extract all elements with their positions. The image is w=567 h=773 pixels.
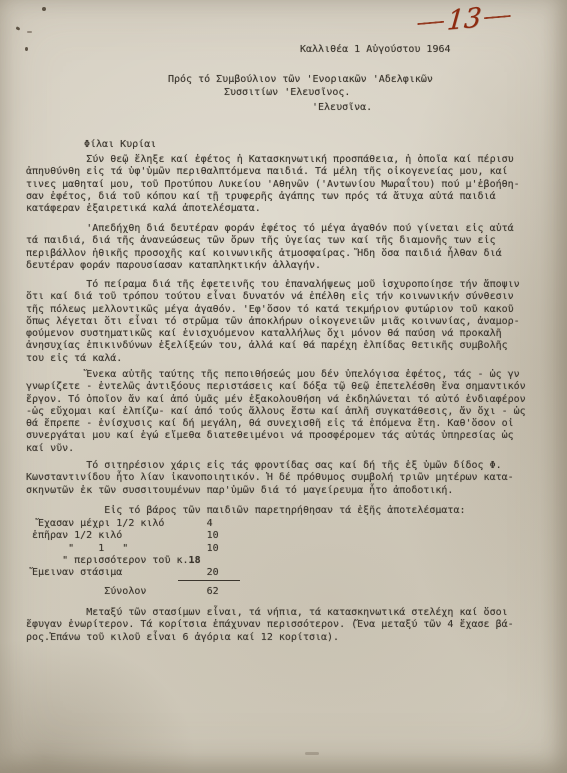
total-value: 62	[207, 586, 219, 597]
row-label: Ἔχασαν μέχρι 1/2 κιλό	[32, 518, 207, 529]
total-divider	[178, 580, 240, 581]
paper-speck	[25, 47, 28, 51]
row-label: ἐπῆραν 1/2 κιλό	[32, 530, 207, 541]
row-label: Ἔμειναν στάσιμα	[32, 567, 207, 578]
table-row: " περισσότερον τοῦ κ.18	[32, 555, 219, 567]
page-number-dash-right	[484, 14, 511, 18]
page-number-dash-left	[417, 20, 444, 24]
row-value: 10	[207, 543, 219, 554]
paper-speck	[42, 7, 46, 11]
total-row: Σύνολον 62	[32, 586, 219, 598]
row-value: 20	[207, 567, 219, 578]
paragraph-4: Ἕνεκα αὐτῆς ταύτης τῆς πεποιθήσεώς μου δ…	[26, 369, 526, 455]
document-page: 13 Καλλιθέα 1 Αὐγούστου 1964 Πρός τό Συμ…	[0, 0, 567, 773]
paragraph-3: Τό πείραμα διά τῆς ἐφετεινῆς του ἐπαναλή…	[26, 279, 520, 365]
table-row: Ἔχασαν μέχρι 1/2 κιλό 4	[32, 518, 219, 530]
addressee-line-1: Πρός τό Συμβούλιον τῶν 'Ενοριακῶν 'Αδελφ…	[168, 74, 433, 86]
table-row: " 1 " 10	[32, 543, 219, 555]
salutation: Φίλαι Κυρίαι	[84, 139, 156, 151]
weight-results-intro: Εἰς τό βάρος τῶν παιδιῶν παρετηρήθησαν τ…	[26, 505, 466, 517]
paragraph-1: Σύν θεῷ ἔληξε καί ἐφέτος ἡ Κατασκηνωτική…	[26, 154, 520, 215]
handwritten-page-number: 13	[416, 2, 512, 37]
row-value: 10	[207, 530, 219, 541]
closing-paragraph: Μεταξύ τῶν στασίμων εἶναι, τά νήπια, τά …	[26, 607, 514, 644]
row-value: 18	[189, 555, 201, 566]
row-label: " 1 "	[32, 543, 207, 554]
row-value: 4	[207, 518, 213, 529]
place-line: 'Ελευσῖνα.	[312, 102, 372, 114]
paper-speck	[27, 31, 32, 33]
weight-table: Ἔχασαν μέχρι 1/2 κιλό 4 ἐπῆραν 1/2 κιλό …	[32, 518, 219, 579]
dateline: Καλλιθέα 1 Αὐγούστου 1964	[300, 44, 451, 56]
table-row: Ἔμειναν στάσιμα 20	[32, 567, 219, 579]
paper-stain	[305, 752, 319, 755]
table-row: ἐπῆραν 1/2 κιλό 10	[32, 530, 219, 542]
addressee-line-2: Συσσιτίων 'Ελευσῖνος.	[224, 87, 350, 99]
paragraph-2: 'Απεδήχθη διά δευτέραν φοράν ἐφέτος τό μ…	[26, 223, 514, 272]
row-label: " περισσότερον τοῦ κ.	[32, 555, 189, 566]
page-number-value: 13	[446, 4, 483, 34]
total-label: Σύνολον	[32, 586, 207, 597]
paragraph-5: Τό σιτηρέσιον χάρις εἰς τάς φροντίδας σα…	[26, 460, 514, 497]
paper-speck	[16, 26, 21, 30]
